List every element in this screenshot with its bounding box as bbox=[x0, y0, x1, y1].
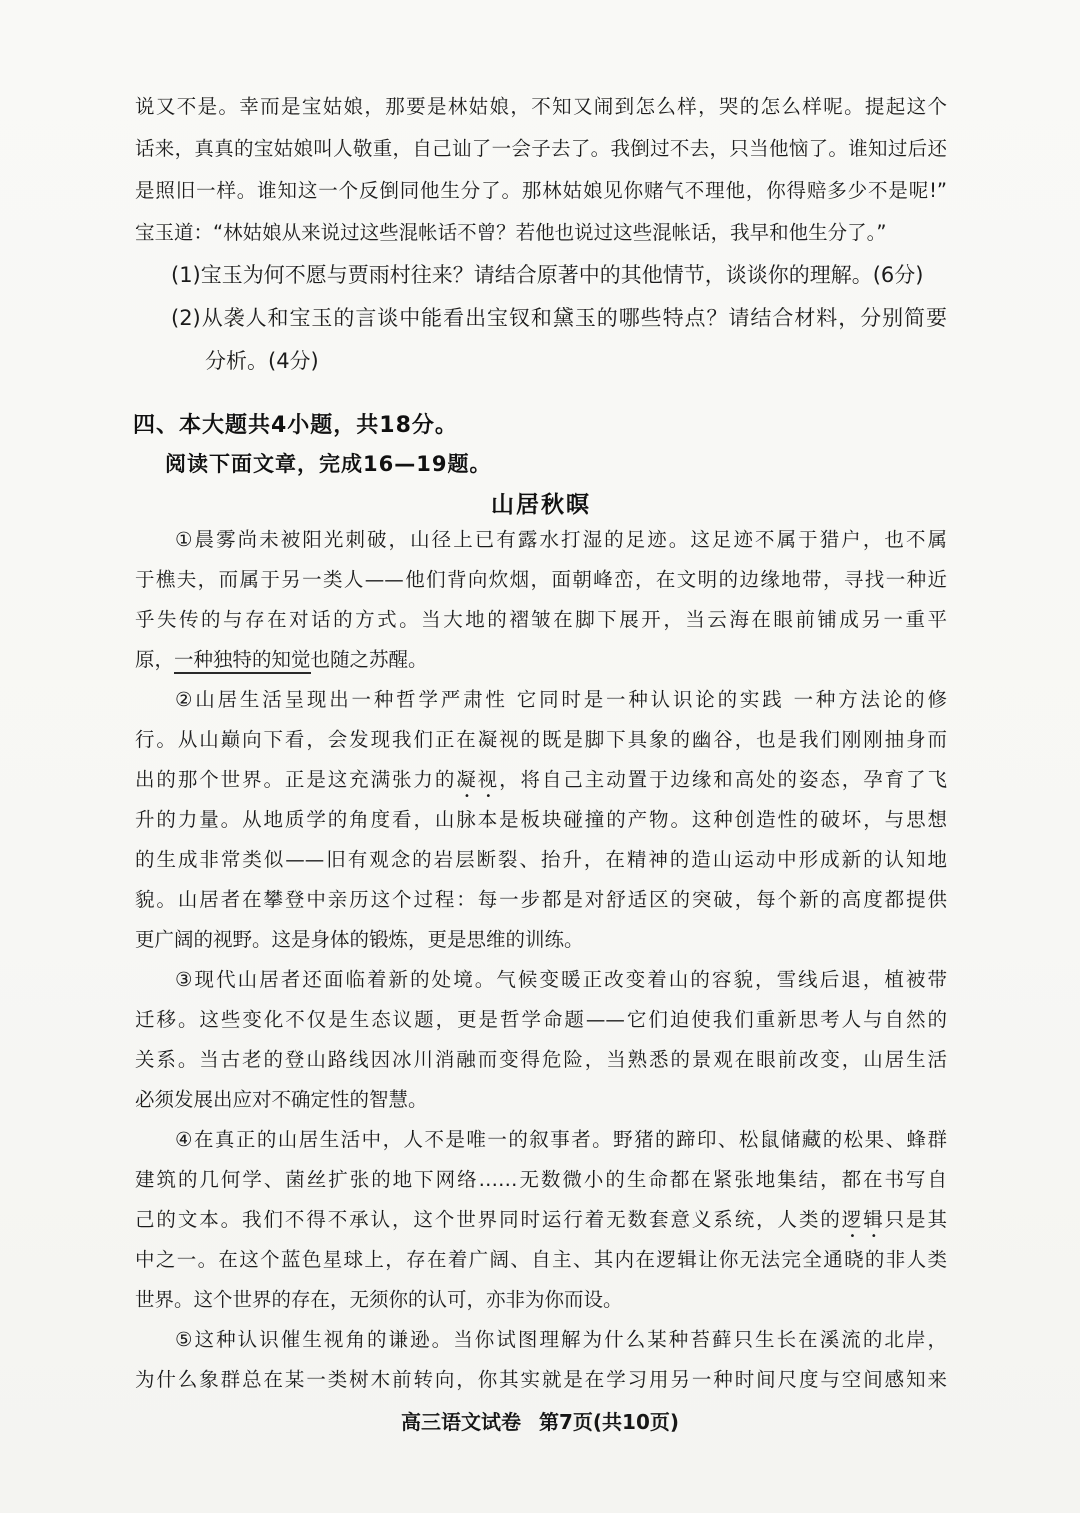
footer-paper-title: 高三语文试卷 bbox=[401, 1410, 521, 1434]
essay-body: ①晨雾尚未被阳光刺破，山径上已有露水打湿的足迹。这足迹不属于猎户，也不属 于樵夫… bbox=[135, 520, 947, 1400]
essay-line: 关系。当古老的登山路线因冰川消融而变得危险，当熟悉的景观在眼前改变，山居生活 bbox=[135, 1040, 947, 1080]
footer-page-number: 第7页(共10页) bbox=[539, 1410, 679, 1434]
question-2-line2: 分析。(4分) bbox=[171, 340, 947, 383]
excerpt-line: 宝玉道：“林姑娘从来说过这些混帐话不曾？若他也说过这些混帐话，我早和他生分了。” bbox=[135, 212, 947, 254]
essay-line: 的生成非常类似——旧有观念的岩层断裂、抬升，在精神的造山运动中形成新的认知地 bbox=[135, 840, 947, 880]
essay-line-emphasis: 出的那个世界。正是这充满张力的凝视，将自己主动置于边缘和高处的姿态，孕育了飞 bbox=[135, 760, 947, 800]
excerpt-line: 说又不是。幸而是宝姑娘，那要是林姑娘，不知又闹到怎么样，哭的怎么样呢。提起这个 bbox=[135, 86, 947, 128]
essay-line: 中之一。在这个蓝色星球上，存在着广阔、自主、其内在逻辑让你无法完全通晓的非人类 bbox=[135, 1240, 947, 1280]
essay-line: 貌。山居者在攀登中亲历这个过程：每一步都是对舒适区的突破，每个新的高度都提供 bbox=[135, 880, 947, 920]
excerpt-line: 是照旧一样。谁知这一个反倒同他生分了。那林姑娘见你赌气不理他，你得赔多少不是呢!… bbox=[135, 170, 947, 212]
essay-line: 行。从山巅向下看，会发现我们正在凝视的既是脚下具象的幽谷，也是我们刚刚抽身而 bbox=[135, 720, 947, 760]
essay-line: ①晨雾尚未被阳光刺破，山径上已有露水打湿的足迹。这足迹不属于猎户，也不属 bbox=[135, 520, 947, 560]
essay-line-underlined: 原，一种独特的知觉也随之苏醒。 bbox=[135, 640, 947, 680]
question-1: (1)宝玉为何不愿与贾雨村往来？请结合原著中的其他情节，谈谈你的理解。(6分) bbox=[171, 254, 947, 297]
section-heading: 四、本大题共4小题，共18分。 bbox=[133, 408, 458, 439]
essay-line: 乎失传的与存在对话的方式。当大地的褶皱在脚下展开，当云海在眼前铺成另一重平 bbox=[135, 600, 947, 640]
essay-line: 为什么象群总在某一类树木前转向，你其实就是在学习用另一种时间尺度与空间感知来 bbox=[135, 1360, 947, 1400]
excerpt-line: 话来，真真的宝姑娘叫人敬重，自己讪了一会子去了。我倒过不去，只当他恼了。谁知过后… bbox=[135, 128, 947, 170]
text-segment: ，将自己主动置于边缘和高处的姿态，孕育了飞 bbox=[499, 768, 947, 791]
essay-line: 必须发展出应对不确定性的智慧。 bbox=[135, 1080, 947, 1120]
essay-line: ⑤这种认识催生视角的谦逊。当你试图理解为什么某种苔藓只生长在溪流的北岸， bbox=[135, 1320, 947, 1360]
text-segment: 只是其 bbox=[885, 1208, 947, 1231]
passage-excerpt: 说又不是。幸而是宝姑娘，那要是林姑娘，不知又闹到怎么样，哭的怎么样呢。提起这个 … bbox=[135, 86, 947, 254]
essay-title: 山居秋暝 bbox=[135, 486, 947, 519]
essay-line: ④在真正的山居生活中，人不是唯一的叙事者。野猪的蹄印、松鼠储藏的松果、蜂群 bbox=[135, 1120, 947, 1160]
essay-line-emphasis: 己的文本。我们不得不承认，这个世界同时运行着无数套意义系统，人类的逻辑只是其 bbox=[135, 1200, 947, 1240]
essay-line: 世界。这个世界的存在，无须你的认可，亦非为你而设。 bbox=[135, 1280, 947, 1320]
question-2-line1: (2)从袭人和宝玉的言谈中能看出宝钗和黛玉的哪些特点？请结合材料，分别简要 bbox=[171, 297, 947, 340]
essay-line: ②山居生活呈现出一种哲学严肃性 它同时是一种认识论的实践 一种方法论的修 bbox=[135, 680, 947, 720]
emphasized-word: 逻辑 bbox=[842, 1208, 885, 1231]
emphasized-word: 凝视 bbox=[456, 768, 499, 791]
page-footer: 高三语文试卷第7页(共10页) bbox=[0, 1406, 1080, 1435]
essay-line: 于樵夫，而属于另一类人——他们背向炊烟，面朝峰峦，在文明的边缘地带，寻找一种近 bbox=[135, 560, 947, 600]
text-segment: 出的那个世界。正是这充满张力的 bbox=[135, 768, 456, 791]
essay-line: 更广阔的视野。这是身体的锻炼，更是思维的训练。 bbox=[135, 920, 947, 960]
exam-page: 说又不是。幸而是宝姑娘，那要是林姑娘，不知又闹到怎么样，哭的怎么样呢。提起这个 … bbox=[0, 0, 1080, 1513]
underlined-phrase: 一种独特的知觉 bbox=[174, 648, 311, 674]
essay-line: 升的力量。从地质学的角度看，山脉本是板块碰撞的产物。这种创造性的破坏，与思想 bbox=[135, 800, 947, 840]
essay-line: ③现代山居者还面临着新的处境。气候变暖正改变着山的容貌，雪线后退，植被带 bbox=[135, 960, 947, 1000]
essay-line: 建筑的几何学、菌丝扩张的地下网络……无数微小的生命都在紧张地集结，都在书写自 bbox=[135, 1160, 947, 1200]
text-segment: 原， bbox=[135, 648, 174, 671]
section-instruction: 阅读下面文章，完成16—19题。 bbox=[165, 448, 491, 478]
essay-line: 迁移。这些变化不仅是生态议题，更是哲学命题——它们迫使我们重新思考人与自然的 bbox=[135, 1000, 947, 1040]
text-segment: 也随之苏醒。 bbox=[311, 648, 428, 671]
question-block: (1)宝玉为何不愿与贾雨村往来？请结合原著中的其他情节，谈谈你的理解。(6分) … bbox=[171, 254, 947, 383]
text-segment: 己的文本。我们不得不承认，这个世界同时运行着无数套意义系统，人类的 bbox=[135, 1208, 842, 1231]
